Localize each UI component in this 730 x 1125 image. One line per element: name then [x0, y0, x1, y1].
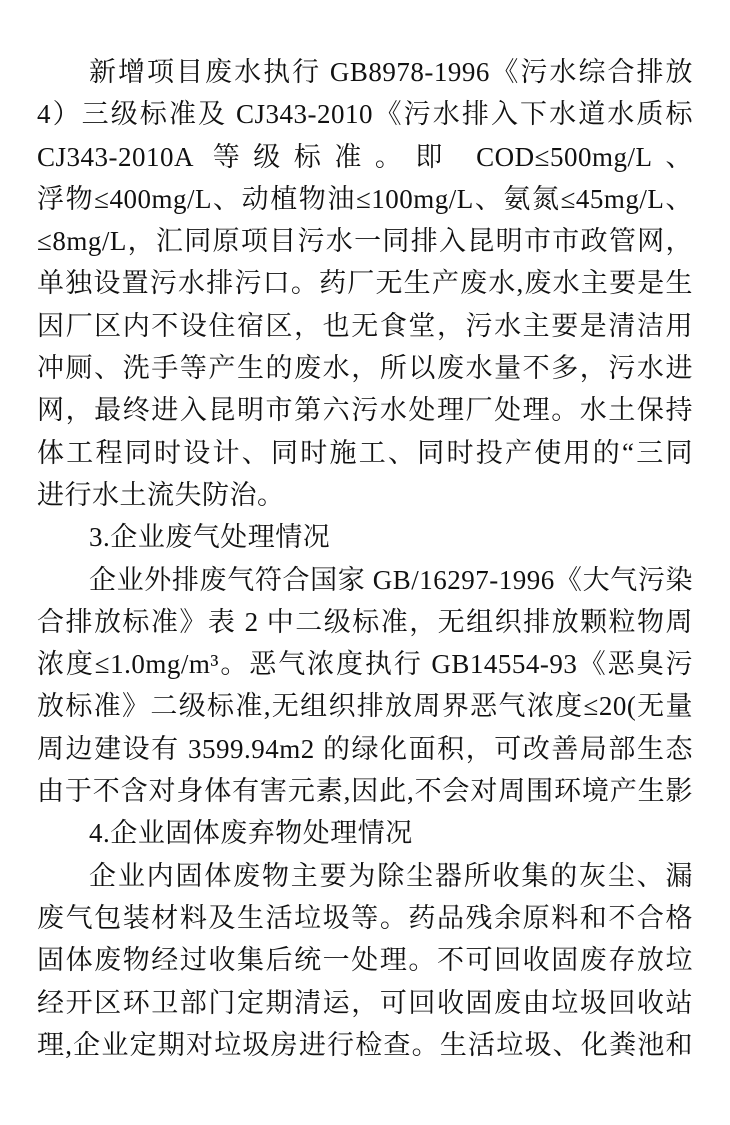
text-line: 企业内固体废物主要为除尘器所收集的灰尘、漏失原料、	[37, 855, 693, 897]
text-line: 由于不含对身体有害元素,因此,不会对周围环境产生影响。	[37, 770, 693, 812]
text-line: ≤8mg/L，汇同原项目污水一同排入昆明市市政管网，项目不	[37, 220, 693, 262]
text-line: 理,企业定期对垃圾房进行检查。生活垃圾、化粪池和污水	[37, 1024, 693, 1066]
text-line: 放标准》二级标准,无组织排放周界恶气浓度≤20(无量纲)。	[37, 685, 693, 727]
text-line: 4）三级标准及 CJ343-2010《污水排入下水道水质标准》	[37, 93, 693, 135]
text-line: 固体废物经过收集后统一处理。不可回收固废存放垃圾房由	[37, 939, 693, 981]
text-line: 因厂区内不设住宿区，也无食堂，污水主要是清洁用水，职工	[37, 305, 693, 347]
text-line: 浮物≤400mg/L、动植物油≤100mg/L、氨氮≤45mg/L、总磷	[37, 178, 693, 220]
text-line: 浓度≤1.0mg/m³。恶气浓度执行 GB14554-93《恶臭污染物排	[37, 643, 693, 685]
text-line: 体工程同时设计、同时施工、同时投产使用的“三同时”制度，	[37, 432, 693, 474]
text-line: 网，最终进入昆明市第六污水处理厂处理。水土保持措施与主	[37, 389, 693, 431]
document-content: 新增项目废水执行 GB8978-1996《污水综合排放标准》(表4）三级标准及 …	[37, 51, 693, 1066]
text-line: 企业外排废气符合国家 GB/16297-1996《大气污染物综	[37, 559, 693, 601]
text-line: 经开区环卫部门定期清运，可回收固废由垃圾回收站回收处	[37, 982, 693, 1024]
text-line: 冲厕、洗手等产生的废水，所以废水量不多，污水进入市政管	[37, 347, 693, 389]
text-line: 进行水土流失防治。	[37, 474, 693, 516]
text-line: 3.企业废气处理情况	[37, 516, 693, 558]
text-line: 废气包装材料及生活垃圾等。药品残余原料和不合格等一般	[37, 897, 693, 939]
text-line: 合排放标准》表 2 中二级标准，无组织排放颗粒物周界最大	[37, 601, 693, 643]
text-line: 新增项目废水执行 GB8978-1996《污水综合排放标准》(表	[37, 51, 693, 93]
text-line: CJ343-2010A 等级标准。即 COD≤500mg/L、BOD≤300mg…	[37, 136, 693, 178]
text-line: 单独设置污水排污口。药厂无生产废水,废水主要是生活污水,	[37, 262, 693, 304]
text-line: 4.企业固体废弃物处理情况	[37, 812, 693, 854]
document-page: 新增项目废水执行 GB8978-1996《污水综合排放标准》(表4）三级标准及 …	[0, 0, 730, 1125]
text-line: 周边建设有 3599.94m2 的绿化面积，可改善局部生态环境。	[37, 728, 693, 770]
